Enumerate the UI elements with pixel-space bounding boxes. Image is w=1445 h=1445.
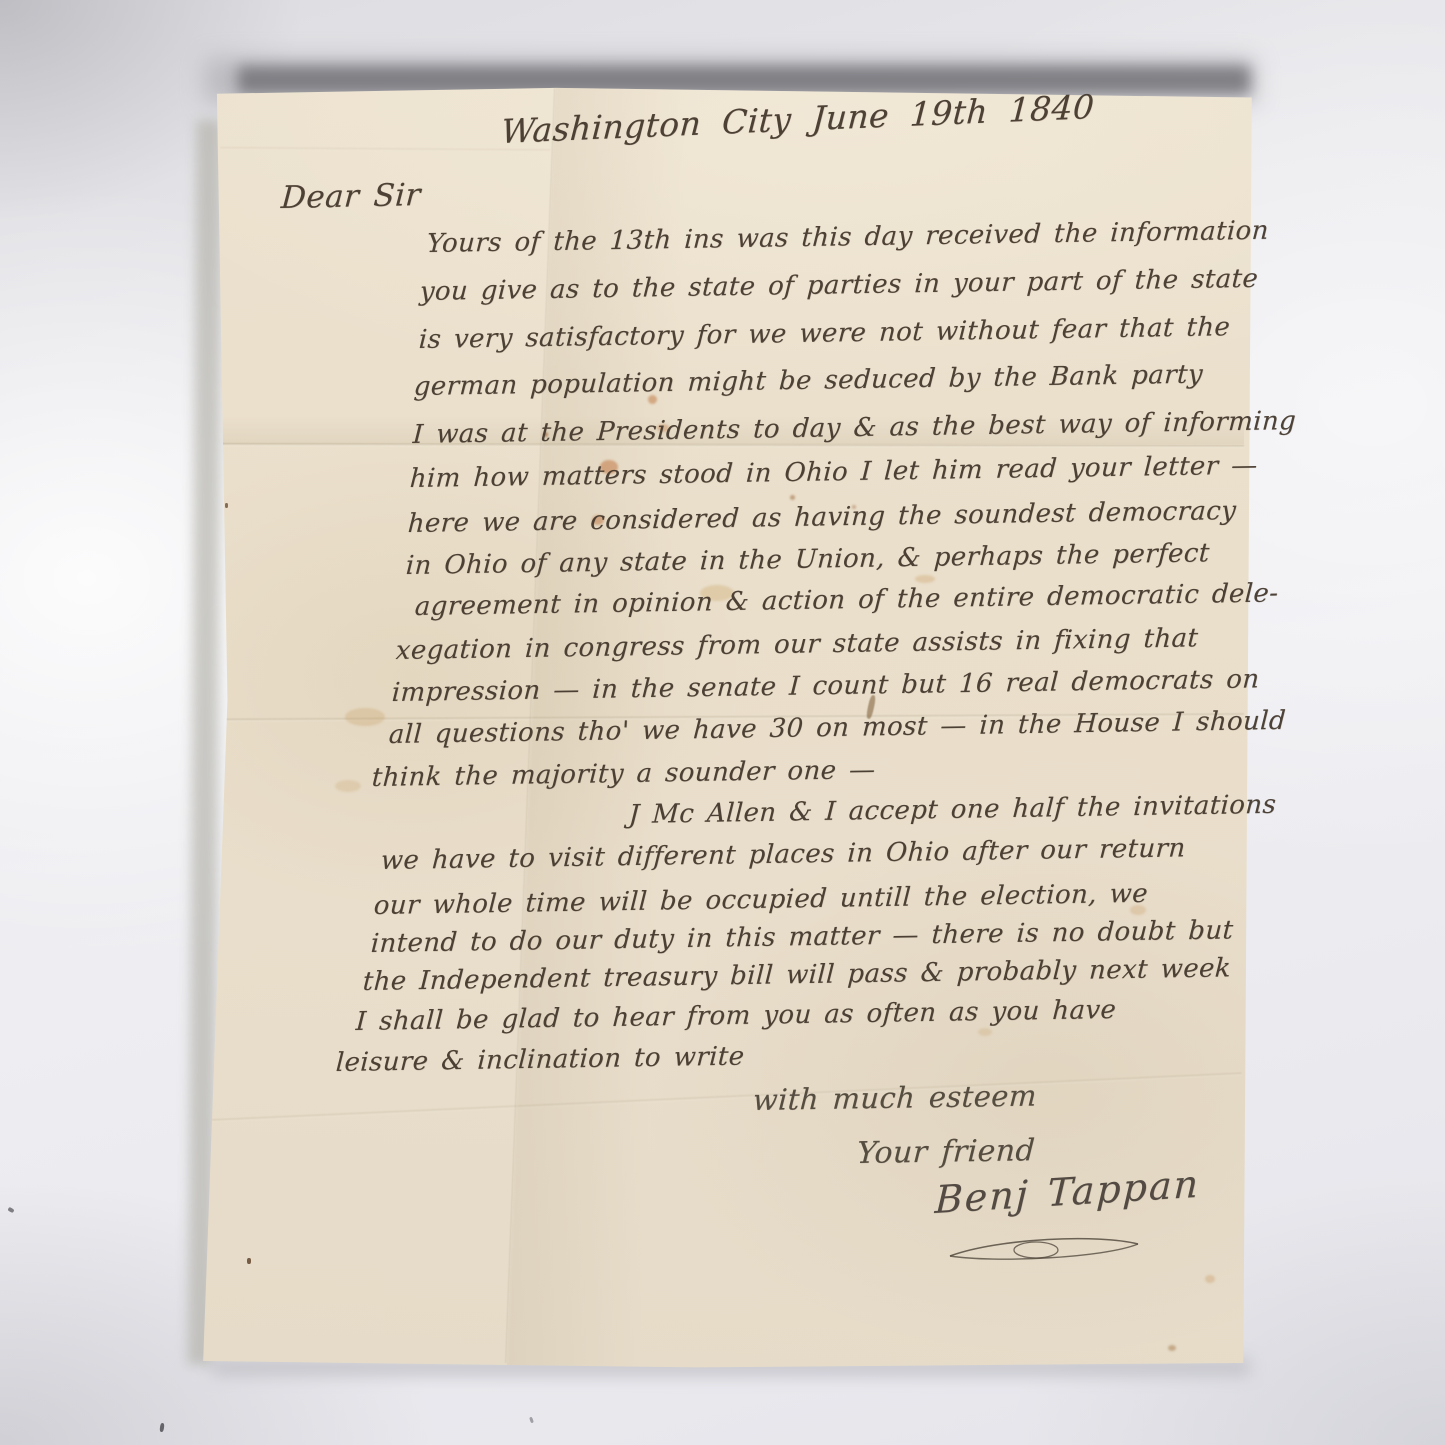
foxing-stain — [335, 780, 361, 792]
fold-crease-horizontal-3 — [204, 1072, 1241, 1122]
foxing-stain — [345, 708, 385, 726]
paper-shadow-top — [238, 66, 1250, 94]
foxing-stain — [978, 1028, 992, 1036]
ink-speck — [225, 503, 228, 508]
ink-speck — [247, 1258, 251, 1264]
signature-flourish — [944, 1230, 1144, 1270]
foxing-stain — [915, 575, 935, 583]
foxing-stain — [1205, 1275, 1215, 1283]
letter-closing: with much esteem — [752, 1079, 1038, 1117]
letter-salutation: Dear Sir — [280, 177, 422, 216]
surface-speck — [159, 1423, 164, 1432]
foxing-stain — [790, 495, 795, 500]
letter-signoff: Your friend — [856, 1133, 1036, 1171]
surface-speck — [529, 1417, 534, 1424]
photo-of-letter: Washington City June 19th 1840 Dear Sir … — [0, 0, 1445, 1445]
surface-speck — [7, 1207, 14, 1213]
foxing-stain — [1168, 1345, 1176, 1351]
